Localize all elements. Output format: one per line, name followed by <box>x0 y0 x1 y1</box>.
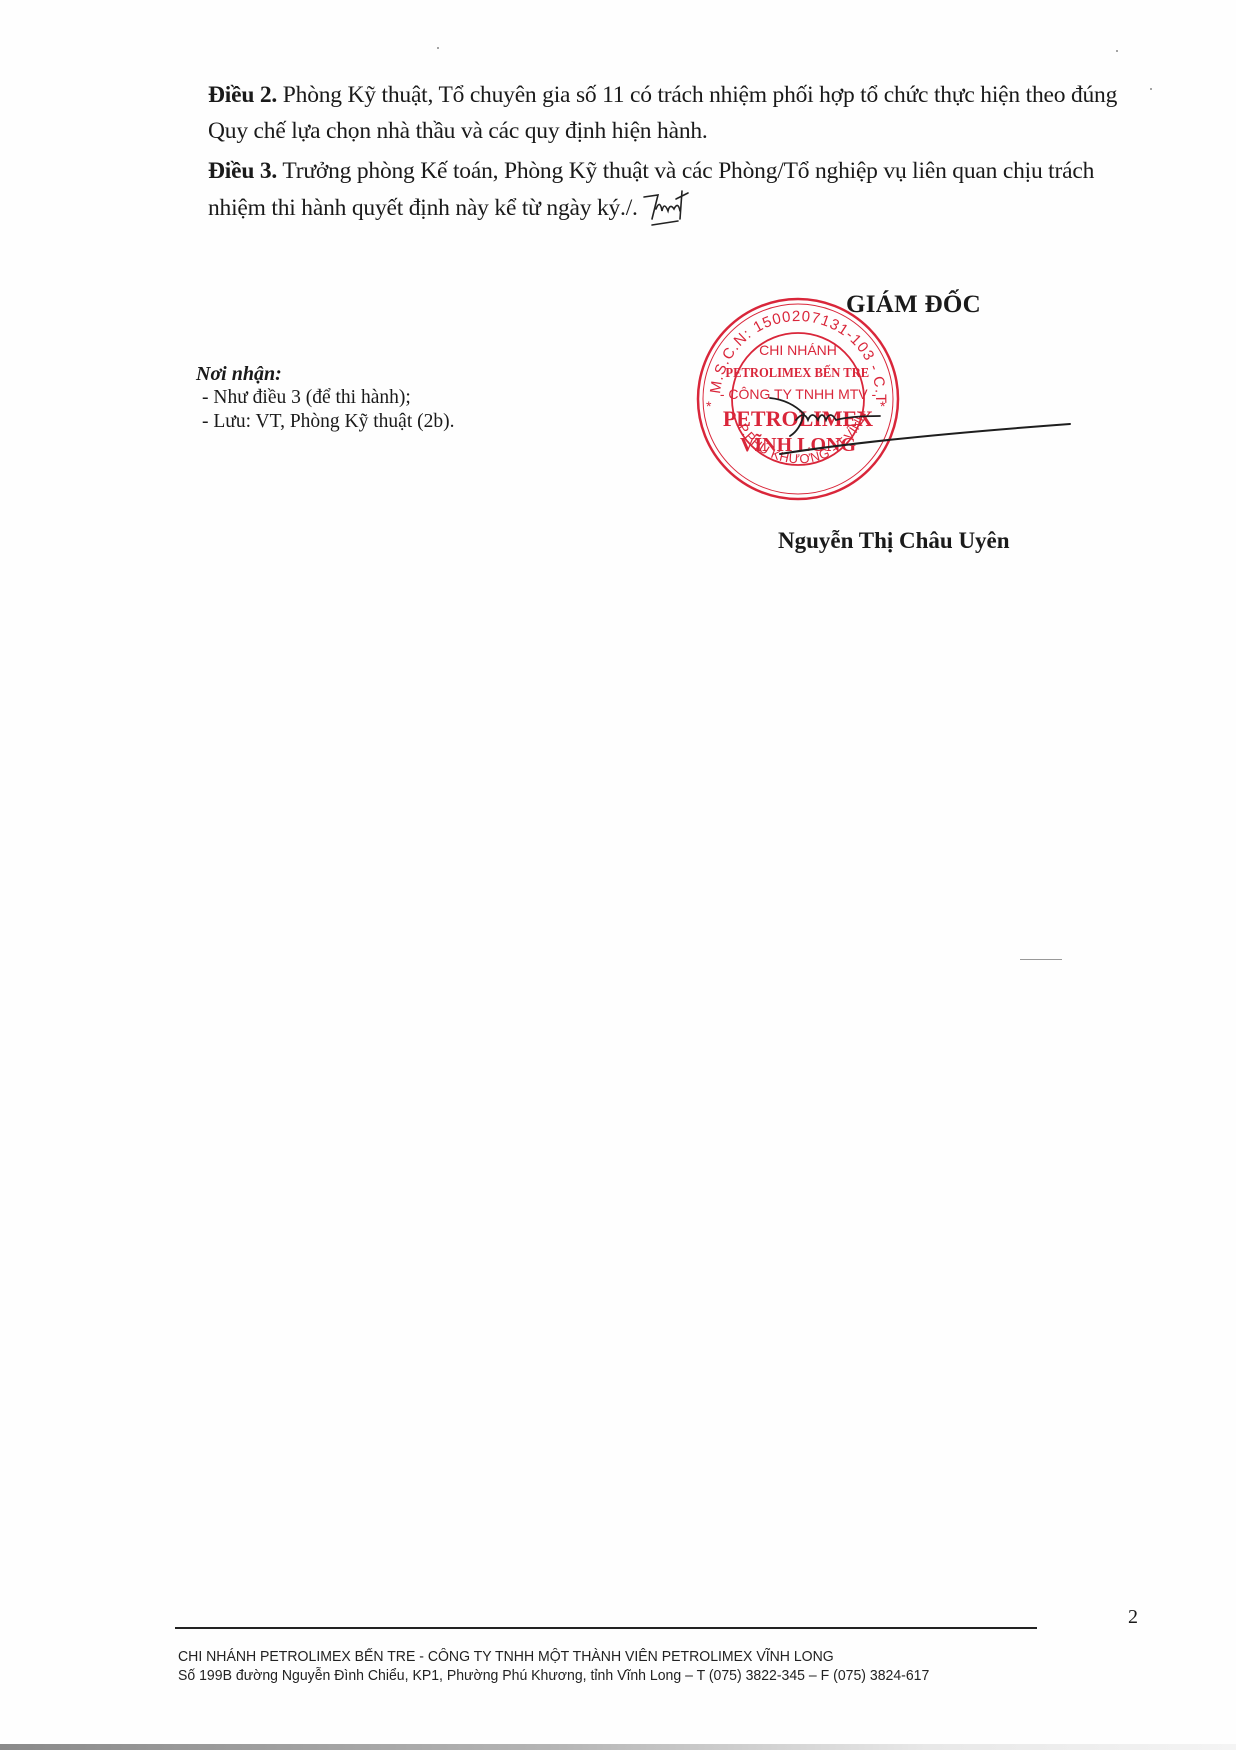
article-2: Điều 2. Phòng Kỹ thuật, Tổ chuyên gia số… <box>163 77 1128 149</box>
document-page: Điều 2. Phòng Kỹ thuật, Tổ chuyên gia số… <box>0 0 1236 1744</box>
scan-edge <box>0 1744 1236 1750</box>
recipient-item: - Lưu: VT, Phòng Kỹ thuật (2b). <box>196 410 455 434</box>
scan-speck <box>1150 88 1152 90</box>
article-2-text: Phòng Kỹ thuật, Tổ chuyên gia số 11 có t… <box>208 82 1117 144</box>
svg-text:*: * <box>706 398 712 414</box>
article-3-label: Điều 3. <box>208 158 277 184</box>
footer: CHI NHÁNH PETROLIMEX BẾN TRE - CÔNG TY T… <box>178 1648 929 1686</box>
recipients-block: Nơi nhận: - Như điều 3 (để thi hành); - … <box>196 362 455 434</box>
footer-address-line: Số 199B đường Nguyễn Đình Chiểu, KP1, Ph… <box>178 1667 929 1686</box>
svg-text:CHI NHÁNH: CHI NHÁNH <box>759 342 837 358</box>
footer-company-line: CHI NHÁNH PETROLIMEX BẾN TRE - CÔNG TY T… <box>178 1648 929 1667</box>
page-number: 2 <box>1128 1606 1138 1629</box>
recipient-item: - Như điều 3 (để thi hành); <box>196 386 455 410</box>
recipients-heading: Nơi nhận: <box>196 362 455 386</box>
scan-speck <box>1020 959 1062 960</box>
svg-text:PETROLIMEX BẾN TRE: PETROLIMEX BẾN TRE <box>725 364 869 380</box>
director-signature-icon <box>760 380 1080 460</box>
article-3: Điều 3. Trưởng phòng Kế toán, Phòng Kỹ t… <box>163 153 1128 229</box>
footer-divider <box>175 1627 1037 1629</box>
scan-speck <box>1116 50 1118 52</box>
scan-speck <box>437 47 439 49</box>
signer-name: Nguyễn Thị Châu Uyên <box>778 528 1010 554</box>
article-2-label: Điều 2. <box>208 82 277 108</box>
initial-signature-icon <box>638 189 698 229</box>
